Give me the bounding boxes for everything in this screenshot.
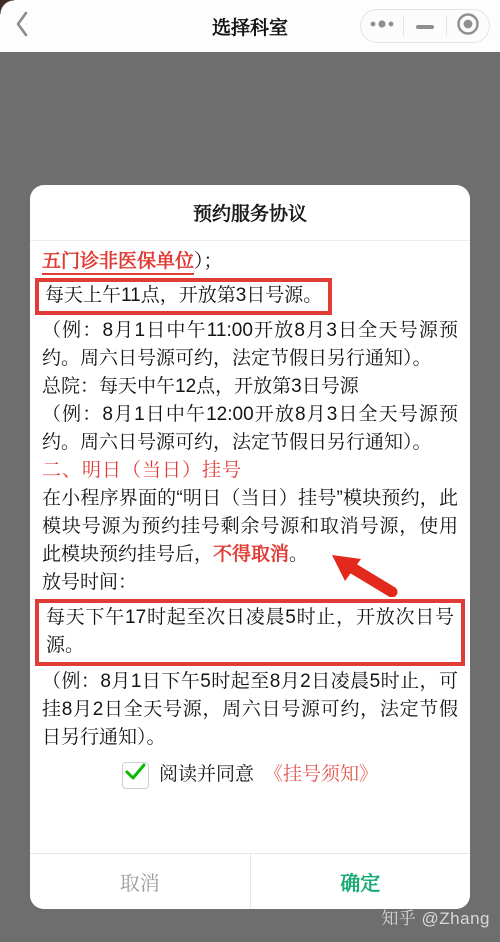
dialog-title: 预约服务协议 <box>30 185 470 241</box>
chevron-left-icon <box>15 11 29 42</box>
more-button[interactable] <box>361 10 403 42</box>
example-paragraph-1: （例：8月1日中午11:00开放8月3日全天号源预约。周六日号源可约，法定节假日… <box>42 317 458 373</box>
intro-line: 五门诊非医保单位）； <box>42 248 458 276</box>
red-arrow-annotation <box>328 551 400 597</box>
minus-icon <box>416 17 434 35</box>
agreement-row: 阅读并同意 《挂号须知》 <box>42 761 458 789</box>
no-cancel-emphasis: 不得取消 <box>213 544 289 565</box>
close-button[interactable] <box>447 10 489 42</box>
example-paragraph-3: （例：8月1日下午5时起至8月2日凌晨5时止，可挂8月2日全天号源，周六日号源可… <box>42 668 458 752</box>
agreement-dialog: 预约服务协议 五门诊非医保单位）； 每天上午11点，开放第3日号源。 （例：8月… <box>30 185 470 909</box>
module-paragraph: 在小程序界面的“明日（当日）挂号”模块预约，此模块号源为预约挂号剩余号源和取消号… <box>42 485 458 569</box>
minimize-button[interactable] <box>404 10 446 42</box>
app-screen: 选择科室 <box>0 0 500 942</box>
registration-notice-link[interactable]: 《挂号须知》 <box>264 761 378 789</box>
modal-overlay[interactable]: 预约服务协议 五门诊非医保单位）； 每天上午11点，开放第3日号源。 （例：8月… <box>0 52 500 942</box>
module-text-post: 。 <box>289 544 308 565</box>
section2-heading: 二、明日（当日）挂号 <box>42 457 458 485</box>
agree-label: 阅读并同意 <box>159 761 254 789</box>
highlighted-rule-1: 每天上午11点，开放第3日号源。 <box>35 278 332 315</box>
target-circle-icon <box>456 12 480 41</box>
main-hospital-line: 总院：每天中午12点，开放第3日号源 <box>42 373 458 401</box>
dialog-body: 五门诊非医保单位）； 每天上午11点，开放第3日号源。 （例：8月1日中午11:… <box>30 241 470 853</box>
watermark: 知乎 @Zhang <box>381 904 490 929</box>
screen-corner <box>0 0 14 14</box>
ellipsis-icon <box>369 17 395 35</box>
intro-tail-text: ）； <box>194 251 223 272</box>
agree-checkbox[interactable] <box>122 762 149 789</box>
cancel-button[interactable]: 取消 <box>30 854 251 909</box>
example-paragraph-2: （例：8月1日中午12:00开放8月3日全天号源预约。周六日号源可约，法定节假日… <box>42 401 458 457</box>
highlighted-rule-2: 每天下午17时起至次日凌晨5时止，开放次日号源。 <box>35 599 465 666</box>
dialog-footer: 取消 确定 <box>30 853 470 909</box>
confirm-button[interactable]: 确定 <box>251 854 471 909</box>
checkmark-icon <box>125 761 146 789</box>
navbar: 选择科室 <box>0 0 500 52</box>
miniprogram-capsule <box>360 9 490 43</box>
intro-red-text: 五门诊非医保单位 <box>42 251 194 275</box>
